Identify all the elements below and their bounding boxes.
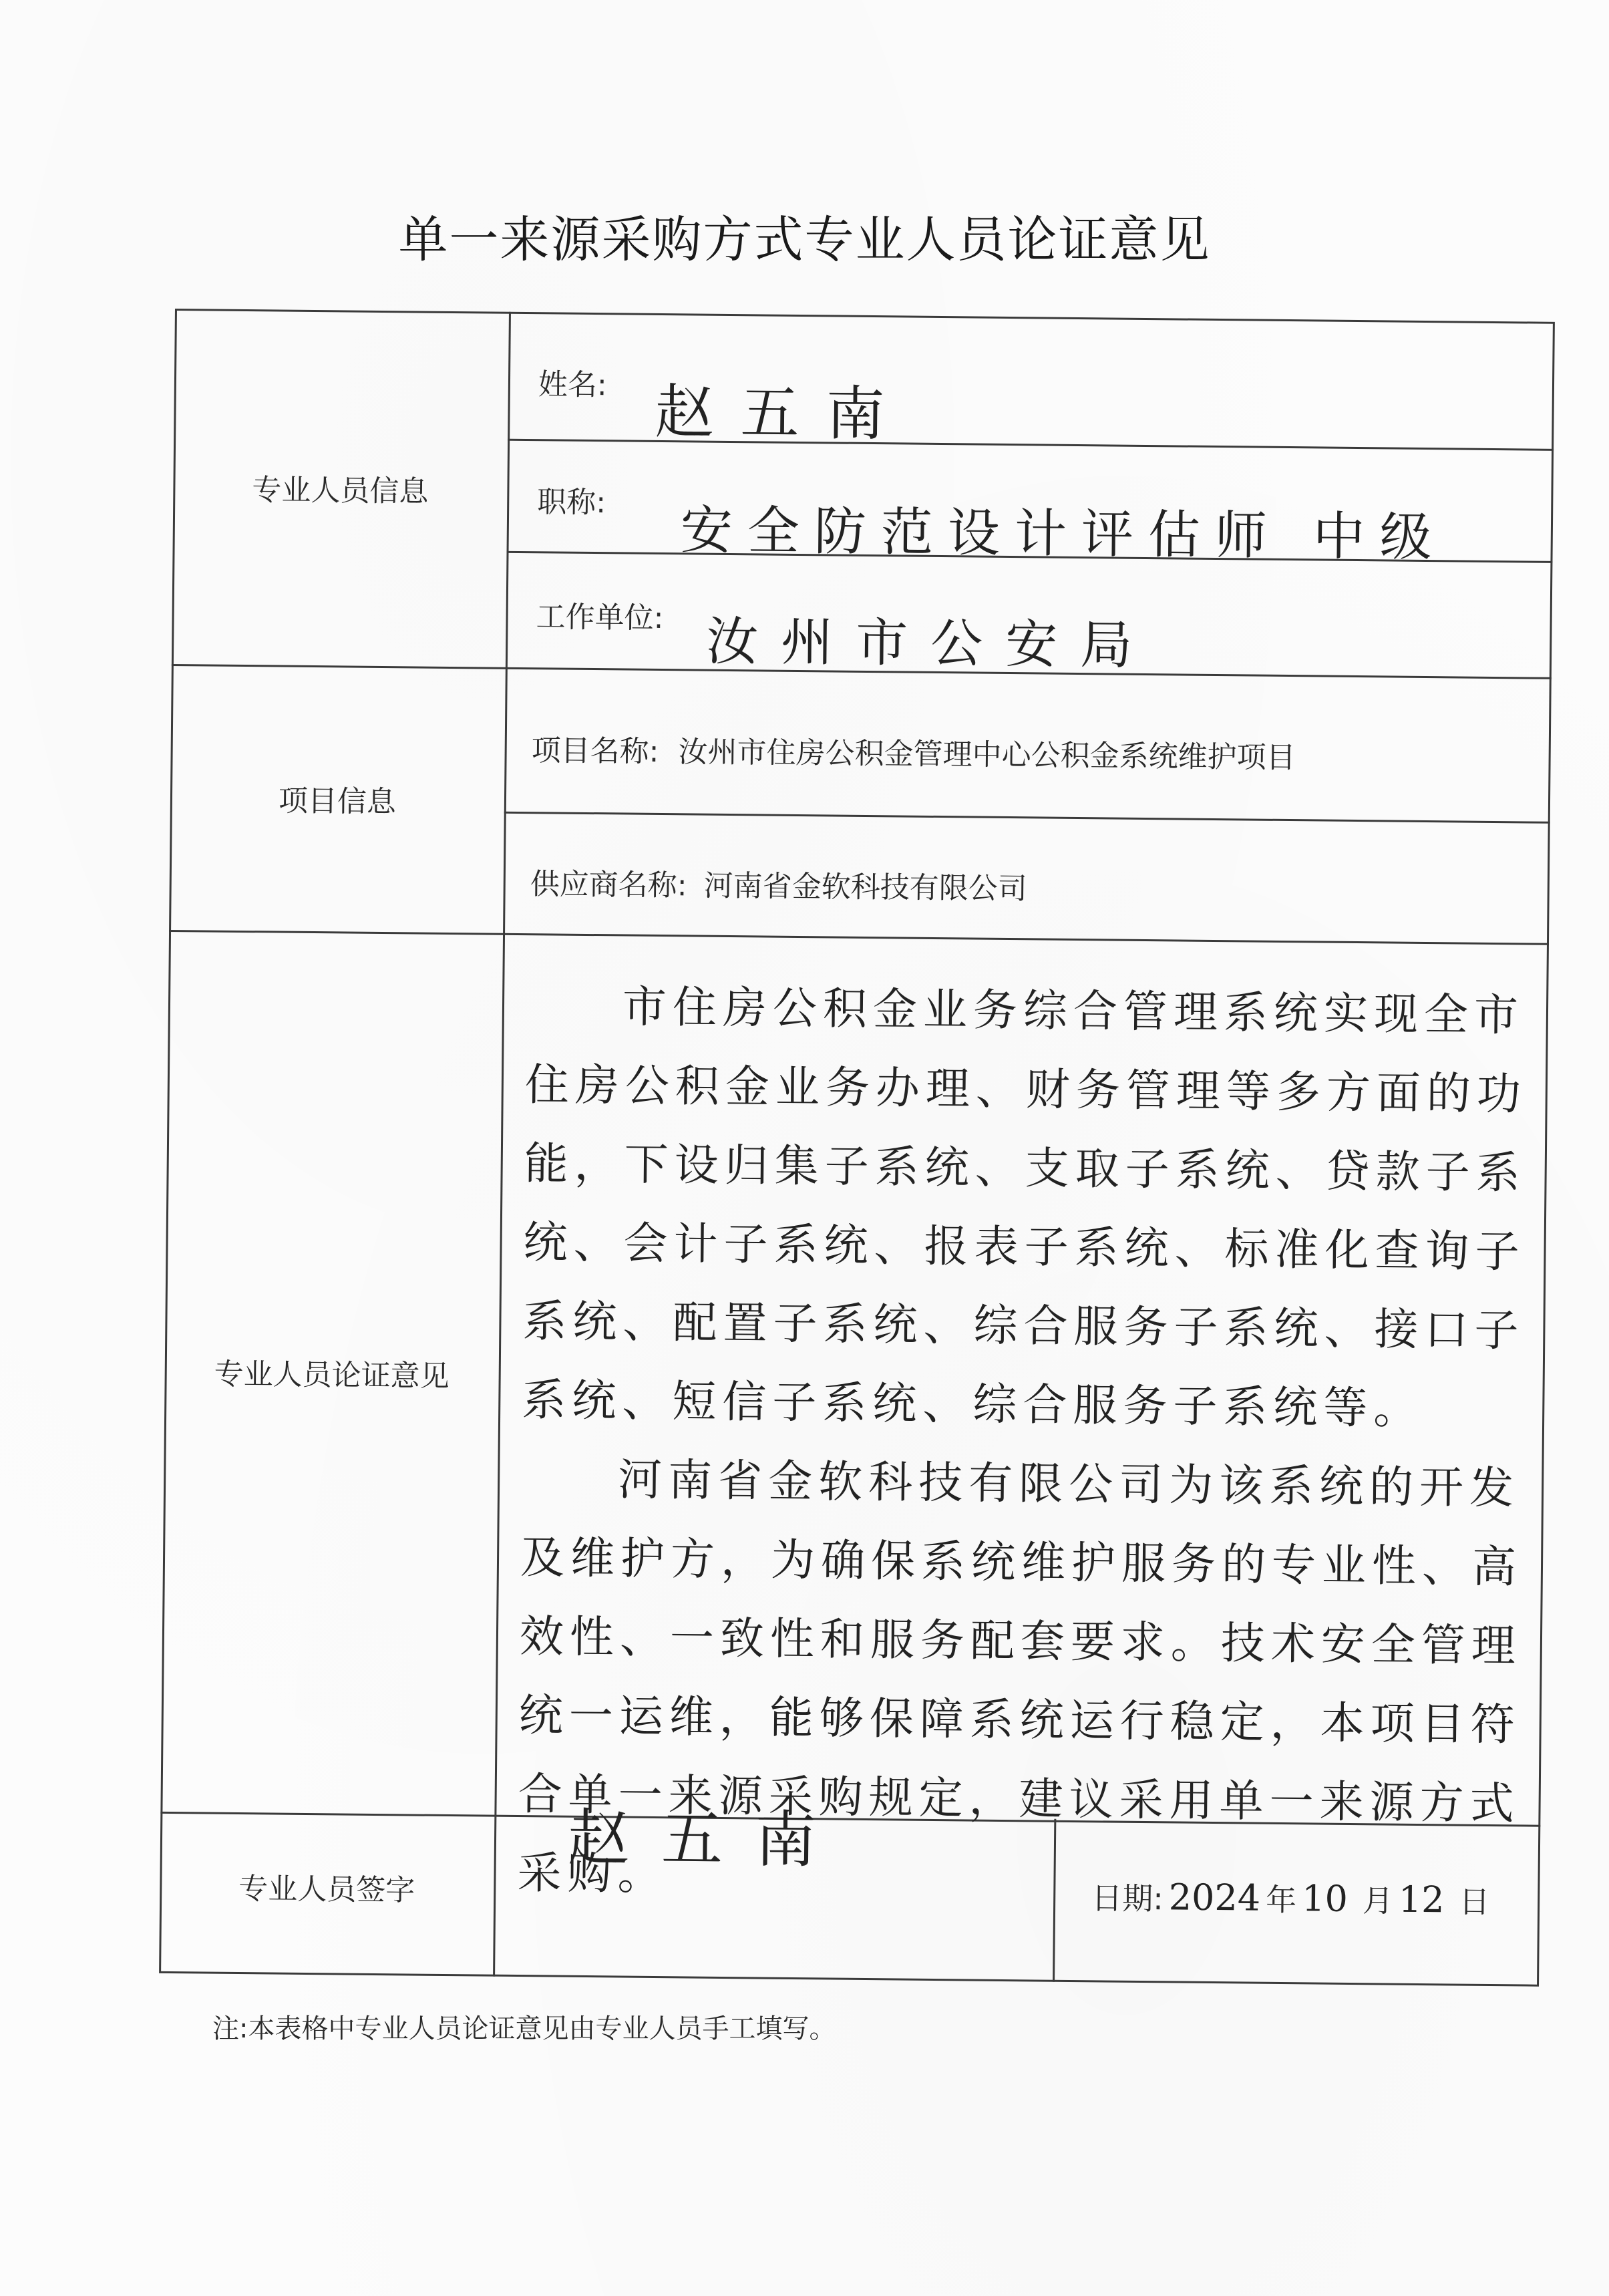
title-label: 职称: [537, 478, 606, 521]
section-label-personnel-info: 专业人员信息 [172, 309, 509, 667]
date-day-unit: 日 [1459, 1878, 1490, 1922]
project-name-value: 汝州市住房公积金管理中心公积金系统维护项目 [678, 727, 1296, 776]
title-value-handwritten: 安全防范设计评估师 中级 [680, 488, 1447, 570]
employer-label: 工作单位: [536, 593, 663, 637]
date-year-unit: 年 [1266, 1876, 1297, 1920]
date-year-handwritten: 2024 [1168, 1876, 1260, 1919]
employer-value-handwritten: 汝州市公安局 [706, 600, 1155, 679]
signature-handwritten: 赵五南 [567, 1789, 848, 1880]
argument-opinion-form: 专业人员信息 项目信息 专业人员论证意见 专业人员签字 姓名: 赵五南 职称: … [159, 309, 1555, 1987]
section-label-signature: 专业人员签字 [159, 1812, 494, 1962]
section-label-project-info: 项目信息 [169, 664, 506, 933]
opinion-paragraph-1: 市住房公积金业务综合管理系统实现全市住房公积金业务办理、财务管理等多方面的功能，… [522, 967, 1528, 1449]
form-footnote: 注:本表格中专业人员论证意见由专业人员手工填写。 [212, 2007, 836, 2045]
section-label-opinion: 专业人员论证意见 [160, 930, 503, 1815]
date-day-handwritten: 12 [1399, 1878, 1445, 1921]
project-name-label: 项目名称: [531, 726, 659, 770]
name-value-handwritten: 赵五南 [655, 365, 912, 452]
signature-date: 日期: 2024 年 10 月 12 日 [1091, 1874, 1490, 1922]
page-title: 单一来源采购方式专业人员论证意见 [0, 200, 1609, 271]
scanned-form-page: 单一来源采购方式专业人员论证意见 专业人员信息 项目信息 专业人员论证意见 专业… [0, 0, 1609, 2296]
supplier-name-value: 河南省金软科技有限公司 [703, 862, 1027, 908]
supplier-name-label: 供应商名称: [530, 860, 687, 904]
date-month-handwritten: 10 [1302, 1877, 1348, 1920]
date-label: 日期: [1091, 1874, 1164, 1919]
name-label: 姓名: [538, 360, 607, 403]
date-month-unit: 月 [1363, 1876, 1394, 1921]
opinion-text-handwritten: 市住房公积金业务综合管理系统实现全市住房公积金业务办理、财务管理等多方面的功能，… [517, 967, 1528, 1922]
